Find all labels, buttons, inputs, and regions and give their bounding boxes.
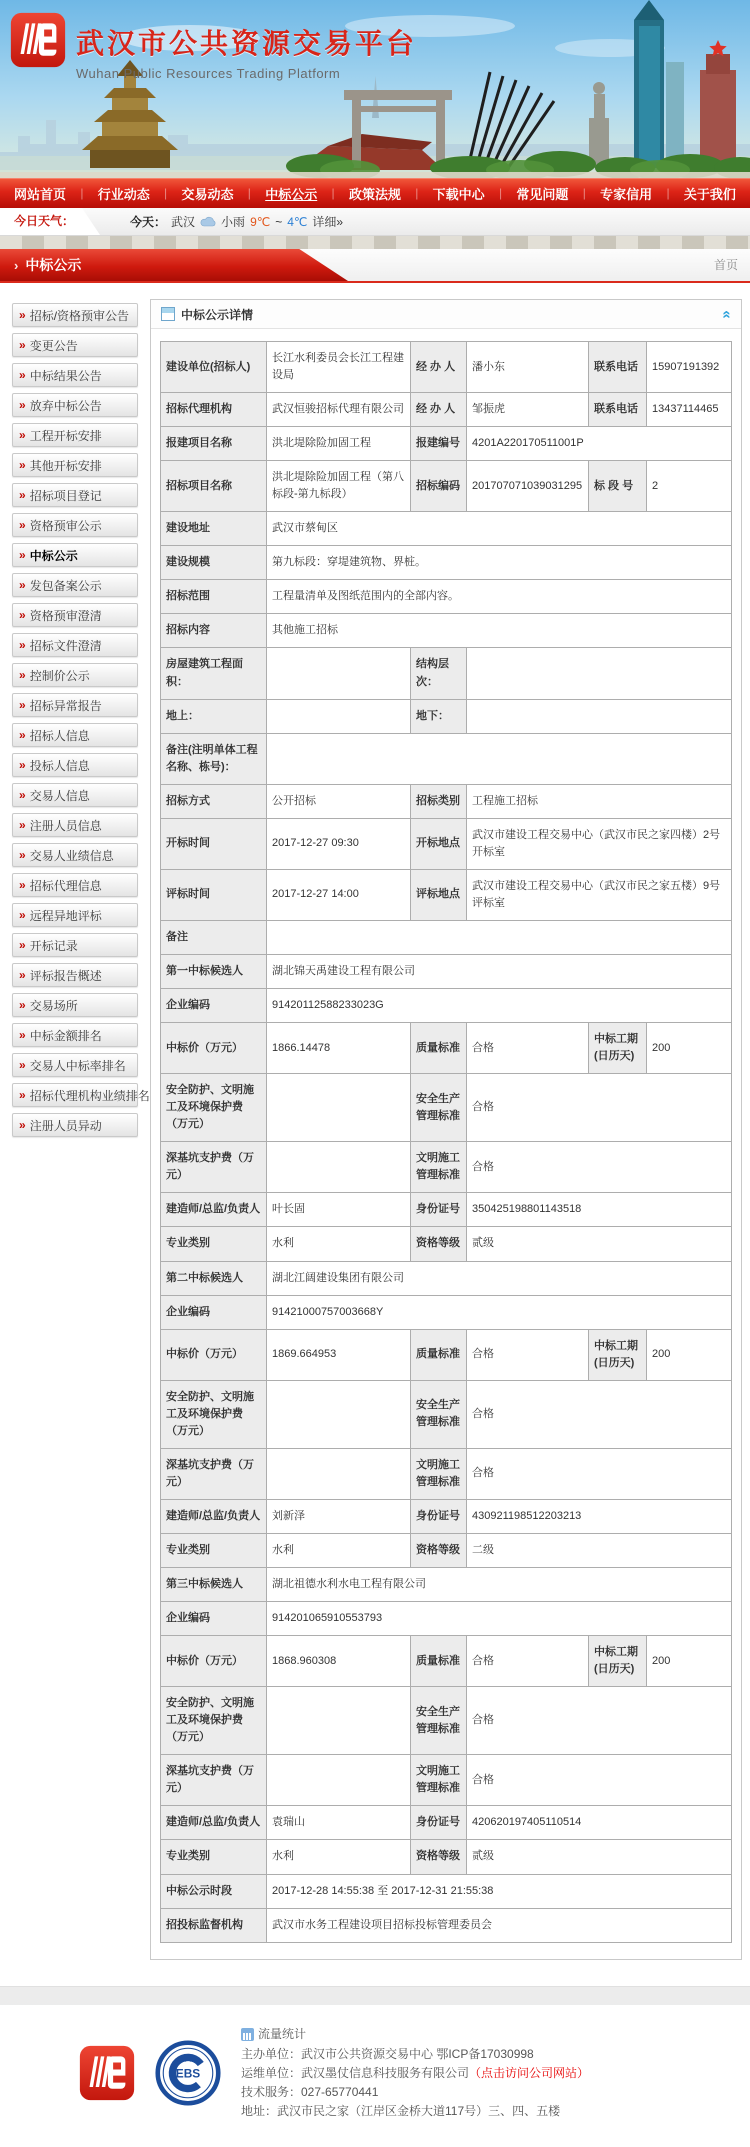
- field-label: 评标时间: [161, 869, 267, 920]
- double-arrow-icon: »: [19, 1118, 26, 1132]
- table-row: 建造师/总监/负责人袁瑞山身份证号420620197405110514: [161, 1806, 732, 1840]
- double-arrow-icon: »: [19, 668, 26, 682]
- table-row: 专业类别水利资格等级贰级: [161, 1840, 732, 1874]
- double-arrow-icon: »: [19, 998, 26, 1012]
- table-row: 建设规模第九标段：穿堤建筑物、界桩。: [161, 546, 732, 580]
- site-footer: ★ ★ ★ ★ EBS 流量统计 主办单位：武汉市公共资源交易中心 鄂ICP备1…: [0, 2005, 750, 2147]
- field-value: 4201A220170511001P: [467, 427, 732, 461]
- sidebar-item-label: 资格预审公示: [30, 517, 102, 534]
- field-label: 经 办 人: [411, 342, 467, 393]
- table-row: 开标时间2017-12-27 09:30开标地点武汉市建设工程交易中心（武汉市民…: [161, 818, 732, 869]
- table-row: 招标内容其他施工招标: [161, 614, 732, 648]
- nav-item-6[interactable]: 下载中心: [433, 184, 485, 203]
- footer-info-line: 运维单位：武汉墨仗信息科技服务有限公司（点击访问公司网站）: [241, 2064, 671, 2083]
- sidebar-item[interactable]: »中标结果公告: [12, 363, 138, 387]
- texture-band: [0, 236, 750, 249]
- footer-info-line: 主办单位：武汉市公共资源交易中心 鄂ICP备17030998: [241, 2045, 671, 2064]
- site-logo-icon: [10, 12, 66, 68]
- sidebar-item[interactable]: »远程异地评标: [12, 903, 138, 927]
- sidebar-item-label: 开标记录: [30, 937, 78, 954]
- field-value: 洪北堤除险加固工程: [267, 427, 411, 461]
- field-value: 邹振虎: [467, 393, 589, 427]
- sidebar-item[interactable]: »变更公告: [12, 333, 138, 357]
- field-value: 工程量清单及图纸范围内的全部内容。: [267, 580, 732, 614]
- field-label: 评标地点: [411, 869, 467, 920]
- table-row: 深基坑支护费（万元）文明施工管理标准合格: [161, 1142, 732, 1193]
- weather-today-label: 今天：: [130, 213, 166, 230]
- field-label: 建造师/总监/负责人: [161, 1806, 267, 1840]
- double-arrow-icon: »: [19, 698, 26, 712]
- sidebar-item-label: 交易人信息: [30, 787, 90, 804]
- weather-city: 武汉: [171, 213, 195, 230]
- table-row: 中标公示时段2017-12-28 14:55:38 至 2017-12-31 2…: [161, 1874, 732, 1908]
- sidebar: »招标/资格预审公告»变更公告»中标结果公告»放弃中标公告»工程开标安排»其他开…: [12, 283, 138, 1143]
- nav-separator: |: [499, 186, 502, 200]
- field-label: 建造师/总监/负责人: [161, 1499, 267, 1533]
- double-arrow-icon: »: [19, 878, 26, 892]
- double-arrow-icon: »: [19, 458, 26, 472]
- double-arrow-icon: »: [19, 488, 26, 502]
- sidebar-item[interactable]: »交易人业绩信息: [12, 843, 138, 867]
- field-value: 工程施工招标: [467, 784, 732, 818]
- field-value: [267, 1755, 411, 1806]
- footer-text: 主办单位：武汉市公共资源交易中心 鄂ICP备17030998: [241, 2047, 534, 2061]
- sidebar-item-label: 注册人员信息: [30, 817, 102, 834]
- field-label: 中标工期(日历天): [589, 1636, 647, 1687]
- panel-window-icon: [161, 307, 175, 321]
- field-value: 合格: [467, 1023, 589, 1074]
- field-value: [467, 648, 732, 699]
- sidebar-item[interactable]: »其他开标安排: [12, 453, 138, 477]
- field-label: 报建编号: [411, 427, 467, 461]
- field-value: 武汉市水务工程建设项目招标投标管理委员会: [267, 1908, 732, 1942]
- double-arrow-icon: »: [19, 908, 26, 922]
- double-arrow-icon: »: [19, 578, 26, 592]
- breadcrumb-current: 中标公示: [25, 255, 81, 275]
- table-row: 招标代理机构武汉恒骏招标代理有限公司经 办 人邹振虎联系电话1343711446…: [161, 393, 732, 427]
- sidebar-item[interactable]: »交易人信息: [12, 783, 138, 807]
- field-label: 安全生产管理标准: [411, 1687, 467, 1755]
- table-row: 安全防护、文明施工及环境保护费（万元）安全生产管理标准合格: [161, 1074, 732, 1142]
- field-value: [267, 699, 411, 733]
- field-label: 联系电话: [589, 342, 647, 393]
- nav-item-5[interactable]: 政策法规: [349, 184, 401, 203]
- field-value: 420620197405110514: [467, 1806, 732, 1840]
- detail-panel: 中标公示详情 « 建设单位(招标人)长江水利委员会长江工程建设局经 办 人潘小东…: [150, 299, 742, 1960]
- breadcrumb: › 中标公示 首页: [0, 249, 750, 283]
- double-arrow-icon: »: [19, 398, 26, 412]
- sidebar-item-label: 招标/资格预审公告: [30, 307, 129, 324]
- nav-item-3[interactable]: 交易动态: [181, 184, 233, 203]
- page: 武汉市公共资源交易平台 Wuhan Public Resources Tradi…: [0, 0, 750, 2147]
- sidebar-item[interactable]: »注册人员信息: [12, 813, 138, 837]
- sidebar-item-label: 招标异常报告: [30, 697, 102, 714]
- ebs-text: EBS: [176, 2066, 201, 2080]
- field-value: [267, 1448, 411, 1499]
- field-label: 招标编码: [411, 461, 467, 512]
- table-row: 建造师/总监/负责人刘新泽身份证号430921198512203213: [161, 1499, 732, 1533]
- field-label: 招标方式: [161, 784, 267, 818]
- field-label: 第三中标候选人: [161, 1568, 267, 1602]
- sidebar-item[interactable]: »交易场所: [12, 993, 138, 1017]
- field-value: 430921198512203213: [467, 1499, 732, 1533]
- nav-item-4[interactable]: 中标公示: [265, 184, 317, 203]
- field-value: 15907191392: [647, 342, 732, 393]
- sidebar-item[interactable]: »资格预审澄清: [12, 603, 138, 627]
- nav-separator: |: [332, 186, 335, 200]
- nav-separator: |: [248, 186, 251, 200]
- field-label: 第一中标候选人: [161, 954, 267, 988]
- field-value: [267, 1142, 411, 1193]
- field-value: 2: [647, 461, 732, 512]
- field-label: 企业编码: [161, 989, 267, 1023]
- sidebar-item-label: 招标项目登记: [30, 487, 102, 504]
- traffic-stats: 流量统计: [241, 2025, 671, 2044]
- field-value: 贰级: [467, 1840, 732, 1874]
- field-label: 身份证号: [411, 1499, 467, 1533]
- nav-item-2[interactable]: 行业动态: [98, 184, 150, 203]
- company-site-link[interactable]: （点击访问公司网站）: [469, 2066, 589, 2080]
- field-label: 招标范围: [161, 580, 267, 614]
- field-value: [467, 699, 732, 733]
- sidebar-item-label: 交易人中标率排名: [30, 1057, 126, 1074]
- field-value: 武汉恒骏招标代理有限公司: [267, 393, 411, 427]
- table-row: 第三中标候选人湖北祖德水利水电工程有限公司: [161, 1568, 732, 1602]
- sidebar-item[interactable]: »控制价公示: [12, 663, 138, 687]
- field-label: 地下：: [411, 699, 467, 733]
- double-arrow-icon: »: [19, 1058, 26, 1072]
- table-row: 报建项目名称洪北堤除险加固工程报建编号4201A220170511001P: [161, 427, 732, 461]
- table-row: 招标项目名称洪北堤除险加固工程（第八标段-第九标段）招标编码2017070710…: [161, 461, 732, 512]
- field-label: 招标项目名称: [161, 461, 267, 512]
- sidebar-item-label: 变更公告: [30, 337, 78, 354]
- double-arrow-icon: »: [19, 548, 26, 562]
- table-row: 中标价（万元）1868.960308质量标准合格中标工期(日历天)200: [161, 1636, 732, 1687]
- field-label: 安全生产管理标准: [411, 1380, 467, 1448]
- sidebar-item-label: 远程异地评标: [30, 907, 102, 924]
- field-label: 深基坑支护费（万元）: [161, 1755, 267, 1806]
- footer-text: 地址：武汉市民之家（江岸区金桥大道117号）三、四、五楼: [241, 2104, 560, 2118]
- sidebar-item[interactable]: »招标代理机构业绩排名: [12, 1083, 138, 1107]
- field-label: 标 段 号: [589, 461, 647, 512]
- field-label: 中标工期(日历天): [589, 1329, 647, 1380]
- field-value: [267, 1687, 411, 1755]
- field-value: [267, 920, 732, 954]
- field-label: 资格等级: [411, 1840, 467, 1874]
- sidebar-item[interactable]: »开标记录: [12, 933, 138, 957]
- table-row: 招标范围工程量清单及图纸范围内的全部内容。: [161, 580, 732, 614]
- field-value: 13437114465: [647, 393, 732, 427]
- field-value: 合格: [467, 1380, 732, 1448]
- field-value: 叶长固: [267, 1193, 411, 1227]
- nav-item-9[interactable]: 关于我们: [684, 184, 736, 203]
- field-value: 其他施工招标: [267, 614, 732, 648]
- sidebar-item-label: 评标报告概述: [30, 967, 102, 984]
- ebs-badge-icon: ★ ★ ★ ★ EBS: [155, 2040, 221, 2106]
- table-row: 安全防护、文明施工及环境保护费（万元）安全生产管理标准合格: [161, 1687, 732, 1755]
- footer-info-line: 技术服务：027-65770441: [241, 2083, 671, 2102]
- nav-separator: |: [583, 186, 586, 200]
- field-label: 身份证号: [411, 1806, 467, 1840]
- field-value: 914201065910553793: [267, 1602, 732, 1636]
- double-arrow-icon: »: [19, 638, 26, 652]
- sidebar-item-label: 工程开标安排: [30, 427, 102, 444]
- field-label: 建设地址: [161, 512, 267, 546]
- field-label: 企业编码: [161, 1295, 267, 1329]
- field-label: 质量标准: [411, 1023, 467, 1074]
- table-row: 地上：地下：: [161, 699, 732, 733]
- rain-cloud-icon: [200, 216, 216, 227]
- stats-label: 流量统计: [258, 2025, 306, 2044]
- field-label: 专业类别: [161, 1227, 267, 1261]
- footer-text: 运维单位：武汉墨仗信息科技服务有限公司: [241, 2066, 469, 2080]
- weather-label: 今日天气：: [0, 208, 100, 235]
- field-value: 刘新泽: [267, 1499, 411, 1533]
- sidebar-item[interactable]: »招标文件澄清: [12, 633, 138, 657]
- nav-item-1[interactable]: 网站首页: [14, 184, 66, 203]
- field-label: 建设单位(招标人): [161, 342, 267, 393]
- table-row: 建造师/总监/负责人叶长固身份证号350425198801143518: [161, 1193, 732, 1227]
- field-label: 深基坑支护费（万元）: [161, 1142, 267, 1193]
- sidebar-item-label: 交易人业绩信息: [30, 847, 114, 864]
- field-label: 备注(注明单体工程名称、栋号)：: [161, 733, 267, 784]
- sidebar-item-label: 注册人员异动: [30, 1117, 102, 1134]
- field-label: 深基坑支护费（万元）: [161, 1448, 267, 1499]
- weather-temp-low: 4℃: [287, 215, 307, 229]
- sidebar-item[interactable]: »招标/资格预审公告: [12, 303, 138, 327]
- field-label: 中标价（万元）: [161, 1023, 267, 1074]
- nav-item-8[interactable]: 专家信用: [600, 184, 652, 203]
- sidebar-item-label: 放弃中标公告: [30, 397, 102, 414]
- double-arrow-icon: »: [19, 608, 26, 622]
- field-value: 合格: [467, 1636, 589, 1687]
- field-value: 第九标段：穿堤建筑物、界桩。: [267, 546, 732, 580]
- sidebar-item-label: 招标代理信息: [30, 877, 102, 894]
- double-arrow-icon: »: [19, 518, 26, 532]
- site-header: 武汉市公共资源交易平台 Wuhan Public Resources Tradi…: [0, 0, 750, 178]
- sidebar-item[interactable]: »招标异常报告: [12, 693, 138, 717]
- field-value: 合格: [467, 1329, 589, 1380]
- site-subtitle: Wuhan Public Resources Trading Platform: [76, 66, 417, 81]
- table-row: 第一中标候选人湖北锦天禹建设工程有限公司: [161, 954, 732, 988]
- table-row: 中标价（万元）1869.664953质量标准合格中标工期(日历天)200: [161, 1329, 732, 1380]
- field-value: 350425198801143518: [467, 1193, 732, 1227]
- double-arrow-icon: »: [19, 818, 26, 832]
- field-label: 开标时间: [161, 818, 267, 869]
- field-label: 专业类别: [161, 1840, 267, 1874]
- nav-separator: |: [164, 186, 167, 200]
- double-arrow-icon: »: [19, 758, 26, 772]
- table-row: 安全防护、文明施工及环境保护费（万元）安全生产管理标准合格: [161, 1380, 732, 1448]
- weather-detail-link[interactable]: 详细»: [312, 213, 343, 230]
- weather-bar: 今日天气： 今天： 武汉 小雨 9℃ ~ 4℃ 详细»: [0, 208, 750, 236]
- main-nav: 网站首页|行业动态|交易动态|中标公示|政策法规|下载中心|常见问题|专家信用|…: [0, 178, 750, 208]
- footer-info: 流量统计 主办单位：武汉市公共资源交易中心 鄂ICP备17030998运维单位：…: [241, 2025, 671, 2121]
- field-value: 1866.14478: [267, 1023, 411, 1074]
- table-row: 中标价（万元）1866.14478质量标准合格中标工期(日历天)200: [161, 1023, 732, 1074]
- double-arrow-icon: »: [19, 368, 26, 382]
- field-label: 报建项目名称: [161, 427, 267, 461]
- field-value: 长江水利委员会长江工程建设局: [267, 342, 411, 393]
- field-label: 建设规模: [161, 546, 267, 580]
- field-label: 中标价（万元）: [161, 1329, 267, 1380]
- sidebar-item[interactable]: »交易人中标率排名: [12, 1053, 138, 1077]
- double-arrow-icon: »: [19, 1088, 26, 1102]
- double-arrow-icon: »: [19, 1028, 26, 1042]
- field-label: 联系电话: [589, 393, 647, 427]
- detail-table: 建设单位(招标人)长江水利委员会长江工程建设局经 办 人潘小东联系电话15907…: [160, 341, 732, 1943]
- field-label: 文明施工管理标准: [411, 1142, 467, 1193]
- field-label: 文明施工管理标准: [411, 1448, 467, 1499]
- panel-title: 中标公示详情: [181, 306, 723, 323]
- stats-chart-icon: [241, 2028, 254, 2041]
- field-value: 水利: [267, 1533, 411, 1567]
- double-arrow-icon: »: [19, 938, 26, 952]
- sidebar-item[interactable]: »招标代理信息: [12, 873, 138, 897]
- field-value: [267, 648, 411, 699]
- field-label: 建造师/总监/负责人: [161, 1193, 267, 1227]
- field-value: 2017-12-28 14:55:38 至 2017-12-31 21:55:3…: [267, 1874, 732, 1908]
- double-arrow-icon: »: [19, 968, 26, 982]
- field-value: 2017-12-27 09:30: [267, 818, 411, 869]
- site-title: 武汉市公共资源交易平台: [76, 22, 417, 62]
- field-label: 安全防护、文明施工及环境保护费（万元）: [161, 1687, 267, 1755]
- field-label: 安全生产管理标准: [411, 1074, 467, 1142]
- sidebar-item-label: 其他开标安排: [30, 457, 102, 474]
- field-value: 水利: [267, 1227, 411, 1261]
- sidebar-item[interactable]: »投标人信息: [12, 753, 138, 777]
- field-value: 200: [647, 1023, 732, 1074]
- sidebar-item[interactable]: »招标项目登记: [12, 483, 138, 507]
- home-link[interactable]: 首页: [714, 249, 738, 281]
- field-label: 备注: [161, 920, 267, 954]
- field-value: 公开招标: [267, 784, 411, 818]
- field-value: 合格: [467, 1687, 732, 1755]
- field-label: 身份证号: [411, 1193, 467, 1227]
- field-value: 湖北江阔建设集团有限公司: [267, 1261, 732, 1295]
- sidebar-item-label: 交易场所: [30, 997, 78, 1014]
- field-value: 湖北锦天禹建设工程有限公司: [267, 954, 732, 988]
- field-value: 合格: [467, 1142, 732, 1193]
- footer-text: 技术服务：027-65770441: [241, 2085, 378, 2099]
- sidebar-item-label: 中标公示: [30, 547, 78, 564]
- sidebar-item[interactable]: »招标人信息: [12, 723, 138, 747]
- field-label: 地上：: [161, 699, 267, 733]
- field-value: 201707071039031295: [467, 461, 589, 512]
- sidebar-item[interactable]: »工程开标安排: [12, 423, 138, 447]
- footer-info-line: 地址：武汉市民之家（江岸区金桥大道117号）三、四、五楼: [241, 2102, 671, 2121]
- field-value: 91421000757003668Y: [267, 1295, 732, 1329]
- sidebar-item-label: 控制价公示: [30, 667, 90, 684]
- sidebar-item[interactable]: »中标公示: [12, 543, 138, 567]
- field-value: 武汉市建设工程交易中心（武汉市民之家四楼）2号开标室: [467, 818, 732, 869]
- table-row: 备注(注明单体工程名称、栋号)：: [161, 733, 732, 784]
- nav-separator: |: [666, 186, 669, 200]
- sidebar-item[interactable]: »放弃中标公告: [12, 393, 138, 417]
- table-row: 企业编码91421000757003668Y: [161, 1295, 732, 1329]
- field-label: 资格等级: [411, 1533, 467, 1567]
- sidebar-item-label: 招标文件澄清: [30, 637, 102, 654]
- field-value: 水利: [267, 1840, 411, 1874]
- table-row: 评标时间2017-12-27 14:00评标地点武汉市建设工程交易中心（武汉市民…: [161, 869, 732, 920]
- field-value: 湖北祖德水利水电工程有限公司: [267, 1568, 732, 1602]
- footer-divider: [0, 1986, 750, 2005]
- field-label: 安全防护、文明施工及环境保护费（万元）: [161, 1074, 267, 1142]
- table-row: 招标方式公开招标招标类别工程施工招标: [161, 784, 732, 818]
- field-value: 合格: [467, 1074, 732, 1142]
- sidebar-item[interactable]: »资格预审公示: [12, 513, 138, 537]
- double-arrow-icon: »: [19, 308, 26, 322]
- field-label: 房屋建筑工程面积：: [161, 648, 267, 699]
- table-row: 建设地址武汉市蔡甸区: [161, 512, 732, 546]
- field-label: 招标代理机构: [161, 393, 267, 427]
- sidebar-item-label: 招标代理机构业绩排名: [30, 1087, 150, 1104]
- double-arrow-icon: »: [19, 788, 26, 802]
- field-value: 200: [647, 1329, 732, 1380]
- panel-header: 中标公示详情 «: [151, 300, 741, 329]
- field-value: 91420112588233023G: [267, 989, 732, 1023]
- field-value: 潘小东: [467, 342, 589, 393]
- field-label: 结构层次：: [411, 648, 467, 699]
- table-row: 专业类别水利资格等级贰级: [161, 1227, 732, 1261]
- table-row: 深基坑支护费（万元）文明施工管理标准合格: [161, 1755, 732, 1806]
- nav-separator: |: [80, 186, 83, 200]
- weather-temp-separator: ~: [275, 215, 282, 229]
- table-row: 企业编码91420112588233023G: [161, 989, 732, 1023]
- sidebar-item[interactable]: »发包备案公示: [12, 573, 138, 597]
- double-arrow-icon: »: [19, 728, 26, 742]
- field-value: 洪北堤除险加固工程（第八标段-第九标段）: [267, 461, 411, 512]
- field-value: 武汉市蔡甸区: [267, 512, 732, 546]
- weather-temp-high: 9℃: [250, 215, 270, 229]
- field-value: [267, 733, 732, 784]
- table-row: 深基坑支护费（万元）文明施工管理标准合格: [161, 1448, 732, 1499]
- nav-item-7[interactable]: 常见问题: [516, 184, 568, 203]
- sidebar-item[interactable]: »注册人员异动: [12, 1113, 138, 1137]
- field-value: [267, 1074, 411, 1142]
- double-arrow-icon: »: [19, 338, 26, 352]
- table-row: 企业编码914201065910553793: [161, 1602, 732, 1636]
- sidebar-item-label: 中标金额排名: [30, 1027, 102, 1044]
- field-label: 招投标监督机构: [161, 1908, 267, 1942]
- field-value: 1868.960308: [267, 1636, 411, 1687]
- svg-text:★ ★ ★ ★: ★ ★ ★ ★: [176, 2058, 200, 2064]
- weather-condition: 小雨: [221, 213, 245, 230]
- field-label: 第二中标候选人: [161, 1261, 267, 1295]
- collapse-chevron-icon[interactable]: «: [719, 310, 734, 318]
- sidebar-item-label: 中标结果公告: [30, 367, 102, 384]
- table-row: 备注: [161, 920, 732, 954]
- footer-logo-icon: [79, 2045, 135, 2101]
- field-label: 中标工期(日历天): [589, 1023, 647, 1074]
- field-label: 资格等级: [411, 1227, 467, 1261]
- field-value: 合格: [467, 1448, 732, 1499]
- chevron-right-icon: ›: [14, 258, 18, 273]
- sidebar-item-label: 招标人信息: [30, 727, 90, 744]
- field-label: 文明施工管理标准: [411, 1755, 467, 1806]
- field-value: 1869.664953: [267, 1329, 411, 1380]
- field-label: 招标内容: [161, 614, 267, 648]
- field-label: 开标地点: [411, 818, 467, 869]
- double-arrow-icon: »: [19, 428, 26, 442]
- field-label: 专业类别: [161, 1533, 267, 1567]
- field-label: 中标价（万元）: [161, 1636, 267, 1687]
- field-value: [267, 1380, 411, 1448]
- sidebar-item-label: 发包备案公示: [30, 577, 102, 594]
- sidebar-item[interactable]: »中标金额排名: [12, 1023, 138, 1047]
- sidebar-item[interactable]: »评标报告概述: [12, 963, 138, 987]
- field-value: 贰级: [467, 1227, 732, 1261]
